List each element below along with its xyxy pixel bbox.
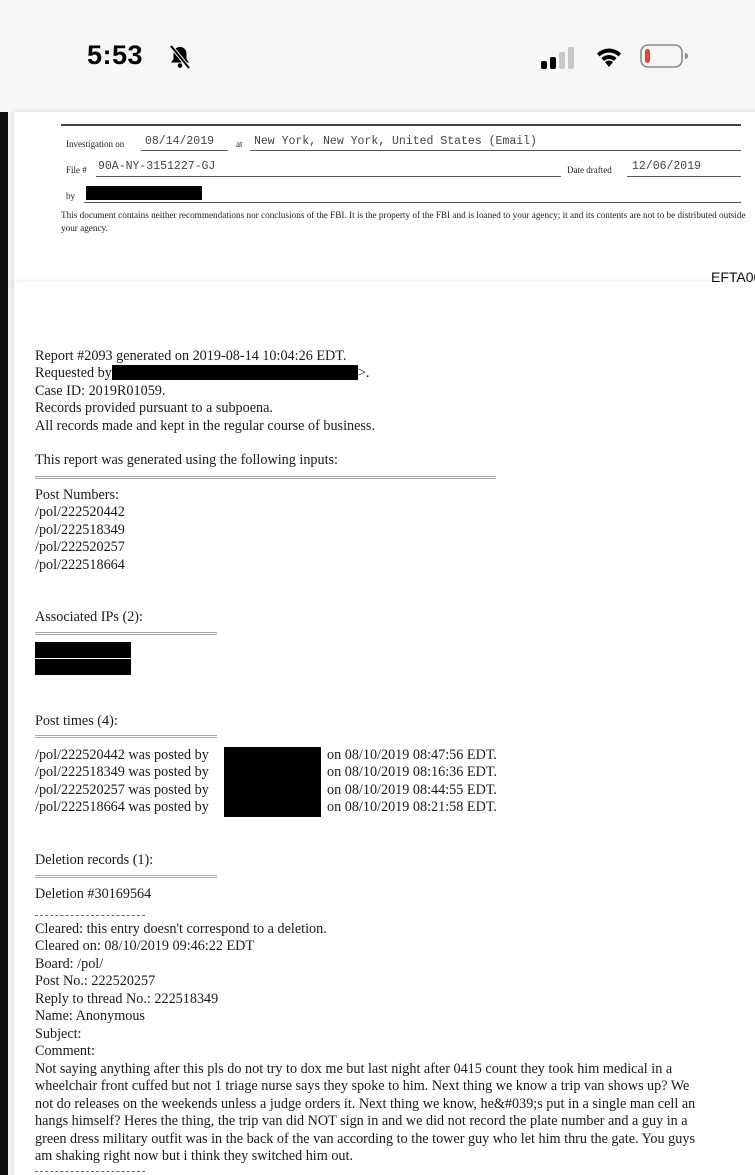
comment-line: green dress military outfit was in the b… — [35, 1131, 695, 1149]
deletion-field: Cleared: this entry doesn't correspond t… — [35, 921, 327, 939]
document-page-report: Report #2093 generated on 2019-08-14 10:… — [14, 282, 755, 1175]
bell-slash-icon — [167, 44, 193, 70]
case-id: Case ID: 2019R01059. — [35, 383, 165, 401]
post-time-row: /pol/222518664 was posted by — [35, 799, 209, 817]
deletion-field: Cleared on: 08/10/2019 09:46:22 EDT — [35, 938, 254, 956]
by-label: by — [66, 191, 75, 201]
post-time-when: on 08/10/2019 08:44:55 EDT. — [327, 782, 497, 800]
comment-line: am shaking right now but i think they sw… — [35, 1148, 353, 1166]
wifi-icon — [594, 44, 624, 68]
status-bar: 5:53 — [0, 0, 755, 112]
deletion-field: Comment: — [35, 1043, 95, 1061]
requested-by-line: Requested by>. — [35, 365, 369, 383]
deletion-title: Deletion #30169564 — [35, 886, 151, 904]
ips-heading: Associated IPs (2): — [35, 609, 143, 627]
post-time-post: /pol/222520442 was posted by — [35, 747, 209, 763]
investigation-date: 08/14/2019 — [145, 135, 214, 148]
investigation-label: Investigation on — [66, 139, 124, 149]
subpoena-line: Records provided pursuant to a subpoena. — [35, 400, 273, 418]
deletion-field: Subject: — [35, 1026, 82, 1044]
comment-line: not do releases on the weekends unless a… — [35, 1096, 695, 1114]
file-label: File # — [66, 165, 87, 175]
date-drafted-label: Date drafted — [567, 165, 612, 175]
post-time-post: /pol/222518664 was posted by — [35, 799, 209, 815]
report-generated-line: Report #2093 generated on 2019-08-14 10:… — [35, 348, 346, 366]
deletion-field: Reply to thread No.: 222518349 — [35, 991, 218, 1009]
requested-by-suffix: >. — [358, 365, 370, 381]
comment-line: wheelchair front cuffed but not 1 triage… — [35, 1078, 689, 1096]
post-number: /pol/222518349 — [35, 522, 125, 540]
divider-double — [35, 632, 217, 635]
redacted-ip — [35, 659, 131, 675]
redaction-box — [86, 186, 202, 200]
divider-dashed — [35, 1171, 145, 1172]
by-field — [84, 184, 741, 203]
comment-line: Not saying anything after this pls do no… — [35, 1061, 672, 1079]
screen-edge — [0, 112, 8, 1175]
redaction-box — [112, 365, 358, 380]
battery-low-icon — [640, 44, 688, 68]
deletion-field: Board: /pol/ — [35, 956, 103, 974]
investigation-location: New York, New York, United States (Email… — [254, 135, 537, 148]
cellular-signal-icon — [540, 47, 578, 69]
inputs-heading: This report was generated using the foll… — [35, 452, 338, 470]
date-drafted: 12/06/2019 — [632, 160, 701, 173]
post-time-row: /pol/222520442 was posted by — [35, 747, 209, 765]
investigation-date-field: 08/14/2019 — [141, 134, 228, 151]
post-time-when: on 08/10/2019 08:47:56 EDT. — [327, 747, 497, 765]
comment-line: hangs himself? Heres the thing, the trip… — [35, 1113, 688, 1131]
post-time-row: /pol/222518349 was posted by — [35, 764, 209, 782]
post-number: /pol/222520442 — [35, 504, 125, 522]
redaction-box — [224, 747, 321, 817]
post-time-when: on 08/10/2019 08:16:36 EDT. — [327, 764, 497, 782]
business-line: All records made and kept in the regular… — [35, 418, 375, 436]
post-times-heading: Post times (4): — [35, 713, 118, 731]
post-time-row: /pol/222520257 was posted by — [35, 782, 209, 800]
disclaimer-text: This document contains neither recommend… — [61, 209, 751, 235]
at-label: at — [236, 139, 243, 149]
post-numbers-heading: Post Numbers: — [35, 487, 119, 505]
header-rule — [61, 124, 741, 126]
post-time-when: on 08/10/2019 08:21:58 EDT. — [327, 799, 497, 817]
divider-double — [35, 875, 217, 878]
post-number: /pol/222518664 — [35, 557, 125, 575]
redacted-ip — [35, 642, 131, 658]
deletion-field: Name: Anonymous — [35, 1008, 145, 1026]
post-number: /pol/222520257 — [35, 539, 125, 557]
status-time: 5:53 — [87, 40, 143, 71]
file-number-field: 90A-NY-3151227-GJ — [96, 159, 561, 177]
post-time-post: /pol/222518349 was posted by — [35, 764, 209, 780]
document-page-header: Investigation on 08/14/2019 at New York,… — [14, 112, 755, 288]
requested-by-label: Requested by — [35, 365, 112, 381]
post-time-post: /pol/222520257 was posted by — [35, 782, 209, 798]
divider-dashed — [35, 915, 145, 916]
file-number: 90A-NY-3151227-GJ — [98, 160, 215, 173]
location-field: New York, New York, United States (Email… — [250, 134, 741, 151]
date-drafted-field: 12/06/2019 — [627, 159, 741, 177]
divider-double — [35, 476, 496, 479]
deletion-heading: Deletion records (1): — [35, 852, 153, 870]
deletion-field: Post No.: 222520257 — [35, 973, 155, 991]
divider-double — [35, 735, 217, 738]
